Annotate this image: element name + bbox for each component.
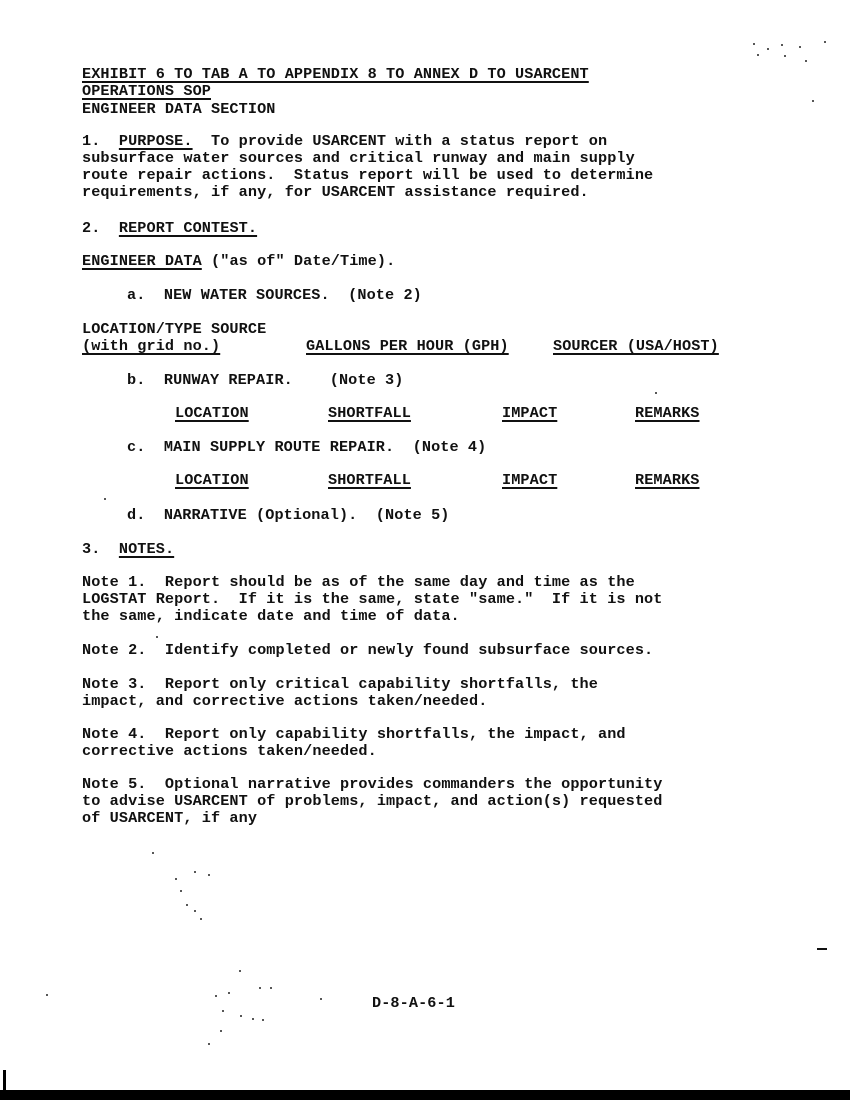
note1-line2: LOGSTAT Report. If it is the same, state…: [82, 591, 662, 608]
document-page: EXHIBIT 6 TO TAB A TO APPENDIX 8 TO ANNE…: [0, 0, 850, 1107]
item-d-line: d. NARRATIVE (Optional). (Note 5): [127, 507, 450, 524]
purpose-line1: 1. PURPOSE. To provide USARCENT with a s…: [82, 133, 607, 150]
note3-line1: Note 3. Report only critical capability …: [82, 676, 598, 693]
report-content-number: 2.: [82, 219, 100, 237]
water-col1-line1: LOCATION/TYPE SOURCE: [82, 321, 266, 338]
notes-heading: NOTES.: [119, 540, 174, 558]
item-d-letter: d.: [127, 506, 145, 524]
msr-col-location: LOCATION: [175, 472, 249, 489]
section-title: ENGINEER DATA SECTION: [82, 101, 276, 118]
notes-number: 3.: [82, 540, 100, 558]
purpose-heading: PURPOSE.: [119, 132, 193, 150]
purpose-line3: route repair actions. Status report will…: [82, 167, 653, 184]
engineer-data-label: ENGINEER DATA: [82, 252, 202, 270]
purpose-text: To provide USARCENT with a status report…: [211, 132, 607, 150]
exhibit-title-line1: EXHIBIT 6 TO TAB A TO APPENDIX 8 TO ANNE…: [82, 66, 589, 83]
runway-col-shortfall: SHORTFALL: [328, 405, 411, 422]
item-a-letter: a.: [127, 286, 145, 304]
scan-bottom-border: [0, 1090, 850, 1100]
water-col3-header: SOURCER (USA/HOST): [553, 338, 719, 355]
report-content-heading-line: 2. REPORT CONTEST.: [82, 220, 257, 237]
purpose-line4: requirements, if any, for USARCENT assis…: [82, 184, 589, 201]
item-a-text: NEW WATER SOURCES. (Note 2): [164, 286, 422, 304]
item-c-line: c. MAIN SUPPLY ROUTE REPAIR. (Note 4): [127, 439, 486, 456]
note3-line2: impact, and corrective actions taken/nee…: [82, 693, 487, 710]
engineer-data-rest: ("as of" Date/Time).: [202, 252, 396, 270]
note2-line1: Note 2. Identify completed or newly foun…: [82, 642, 653, 659]
msr-col-remarks: REMARKS: [635, 472, 700, 489]
purpose-number: 1.: [82, 132, 100, 150]
msr-col-shortfall: SHORTFALL: [328, 472, 411, 489]
note4-line2: corrective actions taken/needed.: [82, 743, 377, 760]
runway-col-location: LOCATION: [175, 405, 249, 422]
engineer-data-line: ENGINEER DATA ("as of" Date/Time).: [82, 253, 395, 270]
note5-line1: Note 5. Optional narrative provides comm…: [82, 776, 662, 793]
note5-line2: to advise USARCENT of problems, impact, …: [82, 793, 662, 810]
note5-line3: of USARCENT, if any: [82, 810, 257, 827]
msr-col-impact: IMPACT: [502, 472, 557, 489]
note1-line1: Note 1. Report should be as of the same …: [82, 574, 635, 591]
item-b-text: RUNWAY REPAIR. (Note 3): [164, 371, 404, 389]
item-c-text: MAIN SUPPLY ROUTE REPAIR. (Note 4): [164, 438, 487, 456]
purpose-line2: subsurface water sources and critical ru…: [82, 150, 635, 167]
item-c-letter: c.: [127, 438, 145, 456]
item-d-text: NARRATIVE (Optional). (Note 5): [164, 506, 450, 524]
item-b-letter: b.: [127, 371, 145, 389]
item-b-line: b. RUNWAY REPAIR. (Note 3): [127, 372, 403, 389]
note1-line3: the same, indicate date and time of data…: [82, 608, 460, 625]
water-col2-header: GALLONS PER HOUR (GPH): [306, 338, 509, 355]
page-number: D-8-A-6-1: [372, 995, 455, 1012]
notes-heading-line: 3. NOTES.: [82, 541, 174, 558]
runway-col-impact: IMPACT: [502, 405, 557, 422]
runway-col-remarks: REMARKS: [635, 405, 700, 422]
report-content-heading: REPORT CONTEST.: [119, 219, 257, 237]
exhibit-title-line2: OPERATIONS SOP: [82, 83, 211, 100]
note4-line1: Note 4. Report only capability shortfall…: [82, 726, 626, 743]
item-a-line: a. NEW WATER SOURCES. (Note 2): [127, 287, 422, 304]
water-col1-line2: (with grid no.): [82, 338, 220, 355]
